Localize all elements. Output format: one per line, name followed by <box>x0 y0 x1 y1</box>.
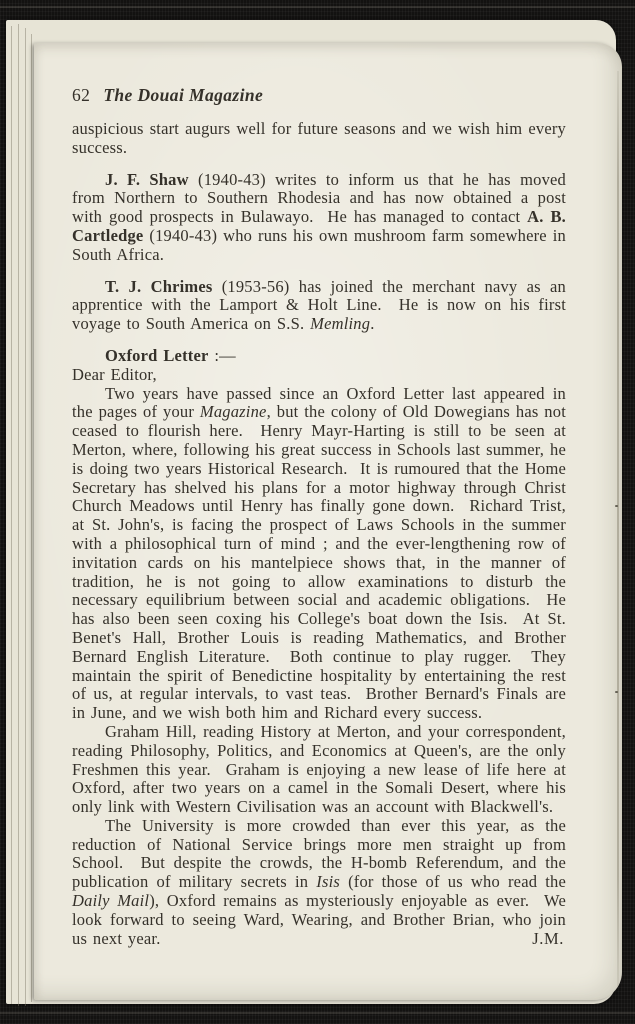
text-block: 62The Douai Magazine auspicious start au… <box>72 85 566 948</box>
text-run: (for those of us who read the <box>340 872 566 891</box>
paper-speck <box>615 505 618 507</box>
text-run: Oxford Letter <box>105 346 209 365</box>
page-stack-edge <box>18 24 19 1006</box>
paragraph: T. J. Chrimes (1953-56) has joined the m… <box>72 278 566 334</box>
text-run: Magazine <box>200 402 267 421</box>
text-run: Daily Mail <box>72 891 149 910</box>
magazine-page: 62The Douai Magazine auspicious start au… <box>34 43 622 1000</box>
paper-speck <box>615 691 618 693</box>
page-stack-edge <box>31 34 32 1002</box>
text-run: . <box>370 314 374 333</box>
signature: J.M. <box>499 930 564 949</box>
text-run: (1940-43) who runs his own mushroom farm… <box>72 226 566 264</box>
page-header: 62The Douai Magazine <box>72 85 566 106</box>
magazine-title: The Douai Magazine <box>103 85 263 105</box>
paragraph: Graham Hill, reading History at Merton, … <box>72 723 566 817</box>
text-run: :— <box>209 346 236 365</box>
text-run: , but the colony of Old Dowegians has no… <box>72 402 566 722</box>
text-run: Isis <box>316 872 340 891</box>
binding-seam-top <box>0 6 635 8</box>
page-crease <box>617 71 619 986</box>
page-stack-edge <box>25 28 26 1006</box>
text-run: J. F. Shaw <box>105 170 189 189</box>
text-run: auspicious start augurs well for future … <box>72 119 566 157</box>
paragraph: Two years have passed since an Oxford Le… <box>72 385 566 723</box>
binding-seam-bottom <box>0 1012 635 1014</box>
text-run: T. J. Chrimes <box>105 277 212 296</box>
paragraph: The University is more crowded than ever… <box>72 817 566 949</box>
text-run: Graham Hill, reading History at Merton, … <box>72 722 566 816</box>
paragraph: auspicious start augurs well for future … <box>72 120 566 158</box>
text-run: Dear Editor, <box>72 365 157 384</box>
page-stack-edge <box>11 26 12 1004</box>
paragraph: Dear Editor, <box>72 366 566 385</box>
paragraph: J. F. Shaw (1940-43) writes to inform us… <box>72 171 566 265</box>
page-number: 62 <box>72 85 90 105</box>
section-heading: Oxford Letter :— <box>72 347 566 366</box>
text-run: Memling <box>310 314 370 333</box>
